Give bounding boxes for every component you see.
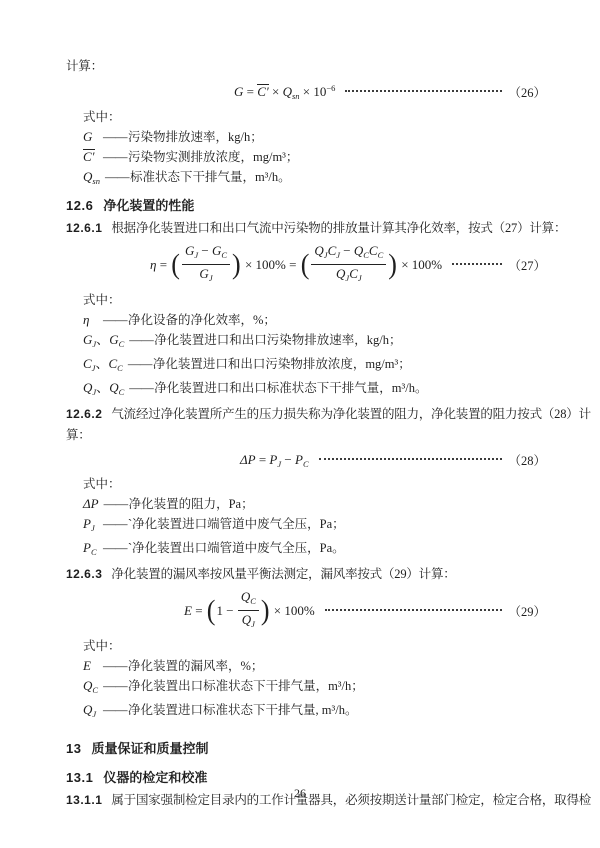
where-label: 式中：	[83, 636, 546, 656]
math-token: C′	[83, 149, 95, 163]
math-token: P	[295, 452, 303, 467]
term-dash: ——	[103, 313, 127, 327]
section-title: 质量保证和质量控制	[91, 741, 208, 756]
clause-12-6-2: 12.6.2气流经过净化装置所产生的压力损失称为净化装置的阻力，净化装置的阻力按…	[66, 404, 546, 446]
close-paren: )	[388, 250, 397, 278]
clause-number: 12.6.1	[66, 221, 102, 235]
term-dash: ——	[104, 497, 128, 511]
math-token: 、	[96, 380, 109, 395]
paragraph-calc: 计算：	[66, 56, 546, 77]
term-definition: PC——ˋ净化装置出口端管道中废气全压，Pa。	[83, 538, 546, 562]
term-description: ˋ净化装置出口端管道中废气全压，Pa。	[128, 541, 345, 555]
term-symbol: PJ	[83, 514, 98, 538]
math-token: × 100% =	[242, 257, 300, 272]
math-token: C	[369, 243, 378, 258]
document-page: 计算： G = C′ × Qsn × 10−6 （26） 式中： G——污染物排…	[0, 0, 600, 848]
math-token: Q	[241, 589, 250, 604]
math-token: C	[349, 266, 358, 281]
term-description: 净化装置出口标准状态下干排气量，m³/h；	[128, 679, 364, 693]
term-description: ˋ净化装置进口端管道中废气全压，Pa；	[128, 517, 345, 531]
clause-number: 12.6.3	[66, 567, 102, 581]
math-token: −6	[326, 83, 335, 93]
math-token: sn	[92, 176, 100, 186]
math-token: 、	[95, 356, 108, 371]
section-heading-13-1: 13.1仪器的检定和校准	[66, 767, 546, 788]
formula-29-tail: × 100%	[271, 603, 315, 619]
open-paren: (	[207, 596, 216, 624]
section-title: 仪器的检定和校准	[103, 770, 207, 785]
math-token: G	[185, 243, 194, 258]
math-token: C	[117, 363, 123, 373]
close-paren: )	[261, 596, 270, 624]
term-description: 净化装置的阻力，Pa；	[129, 497, 254, 511]
term-definition: C′——污染物实测排放浓度，mg/m³；	[83, 147, 546, 167]
formula-29-inner: 1 −	[216, 603, 236, 619]
formula-27: η = ( GJ − GC GJ ) × 100% = ( QJCJ − QCC…	[66, 243, 546, 286]
term-description: 标准状态下干排气量，m³/h。	[130, 170, 291, 184]
formula-26-number: （26）	[508, 83, 546, 101]
paragraph-calc-text: 计算：	[66, 59, 103, 73]
clause-number: 12.6.2	[66, 407, 102, 421]
math-token: × 100%	[271, 603, 315, 618]
clause-12-6-1: 12.6.1根据净化装置进口和出口气流中污染物的排放量计算其净化效率，按式（27…	[66, 218, 546, 239]
math-token: =	[156, 257, 170, 272]
math-token: =	[256, 452, 270, 467]
section-number: 13	[66, 741, 81, 756]
term-symbol: G	[83, 127, 98, 147]
math-token: =	[192, 603, 206, 618]
term-dash: ——	[129, 333, 153, 347]
dot-leader	[452, 263, 502, 267]
math-token: E	[184, 603, 192, 618]
term-dash: ——	[103, 703, 127, 717]
formula-27-lhs: η =	[150, 257, 170, 273]
math-token: Q	[314, 243, 323, 258]
where-label: 式中：	[83, 107, 546, 127]
math-token: −	[198, 243, 212, 258]
clause-12-6-3: 12.6.3净化装置的漏风率按风量平衡法测定，漏风率按式（29）计算：	[66, 564, 546, 585]
fraction-numerator: GJ − GC	[182, 243, 230, 265]
term-dash: ——	[103, 130, 127, 144]
term-description: 净化装置进口和出口污染物排放速率，kg/h；	[154, 333, 401, 347]
term-description: 净化装置进口和出口污染物排放浓度，mg/m³；	[153, 357, 411, 371]
formula-26-expression: G = C′ × Qsn × 10−6	[234, 83, 335, 101]
term-dash: ——	[103, 541, 127, 555]
math-token: × 100%	[398, 257, 442, 272]
math-token: P	[83, 540, 91, 555]
term-definition: PJ——ˋ净化装置进口端管道中废气全压，Pa；	[83, 514, 546, 538]
term-definition: QC——净化装置出口标准状态下干排气量，m³/h；	[83, 676, 546, 700]
fraction-denominator: GJ	[199, 265, 212, 286]
math-token: G	[234, 84, 243, 99]
term-symbol: QC	[83, 676, 98, 700]
math-token: C	[250, 596, 256, 606]
math-token: G	[83, 129, 92, 144]
clause-text: 净化装置的漏风率按风量平衡法测定，漏风率按式（29）计算：	[111, 567, 455, 581]
term-definition: η——净化设备的净化效率，%；	[83, 310, 546, 330]
formula-29-number: （29）	[508, 602, 546, 620]
math-token: × 10	[300, 84, 327, 99]
math-token: sn	[292, 91, 300, 101]
section-title: 净化装置的性能	[103, 198, 194, 213]
term-definition: GJ、GC——净化装置进口和出口污染物排放速率，kg/h；	[83, 330, 546, 354]
close-paren: )	[232, 250, 241, 278]
term-definition: G——污染物排放速率，kg/h；	[83, 127, 546, 147]
math-token: 1 −	[216, 603, 236, 618]
term-definition: E——净化装置的漏风率，%；	[83, 656, 546, 676]
math-token: J	[209, 273, 213, 283]
section-heading-13: 13质量保证和质量控制	[66, 738, 546, 759]
math-token: J	[92, 709, 96, 719]
term-description: 净化装置进口标准状态下干排气量, m³/h。	[128, 703, 357, 717]
dot-leader	[345, 90, 502, 94]
fraction-denominator: QJ	[242, 611, 255, 632]
term-description: 污染物实测排放浓度，mg/m³；	[128, 150, 298, 164]
term-symbol: E	[83, 656, 98, 676]
dot-leader	[319, 458, 503, 462]
formula-28-number: （28）	[508, 451, 546, 469]
term-dash: ——	[103, 517, 127, 531]
math-token: Q	[242, 612, 251, 627]
math-token: G	[199, 266, 208, 281]
math-token: =	[243, 84, 257, 99]
term-symbol: Qsn	[83, 167, 100, 191]
formula-27-tail: × 100%	[398, 257, 442, 273]
formula-27-number: （27）	[508, 256, 546, 274]
math-token: η	[83, 312, 89, 327]
math-token: ×	[269, 84, 283, 99]
math-token: ΔP	[83, 496, 99, 511]
math-token: C	[92, 685, 98, 695]
math-token: P	[83, 516, 91, 531]
term-description: 污染物排放速率，kg/h；	[128, 130, 263, 144]
clause-text: 气流经过净化装置所产生的压力损失称为净化装置的阻力，净化装置的阻力按式（28）计	[111, 407, 591, 421]
page-number: 26	[0, 786, 600, 801]
term-definition: QJ——净化装置进口标准状态下干排气量, m³/h。	[83, 700, 546, 724]
term-definition: CJ、CC——净化装置进口和出口污染物排放浓度，mg/m³；	[83, 354, 546, 378]
math-token: C	[119, 387, 125, 397]
formula-29-lhs: E =	[184, 603, 206, 619]
math-token: C	[328, 243, 337, 258]
math-token: 、	[96, 332, 109, 347]
term-dash: ——	[103, 679, 127, 693]
term-symbol: QJ	[83, 700, 98, 724]
math-token: J	[358, 273, 362, 283]
where-label: 式中：	[83, 474, 546, 494]
fraction-denominator: QJCJ	[336, 265, 362, 286]
math-token: C	[91, 547, 97, 557]
section-number: 13.1	[66, 770, 93, 785]
term-dash: ——	[105, 170, 129, 184]
term-dash: ——	[128, 357, 152, 371]
term-symbol: GJ、GC	[83, 330, 124, 354]
fraction: QJCJ − QCCC QJCJ	[311, 243, 386, 286]
term-symbol: C′	[83, 147, 98, 167]
term-symbol: PC	[83, 538, 98, 562]
math-token: J	[251, 619, 255, 629]
formula-29: E = ( 1 − QC QJ ) × 100% （29）	[66, 589, 546, 632]
math-token: Q	[83, 169, 92, 184]
math-token: Q	[283, 84, 292, 99]
open-paren: (	[301, 250, 310, 278]
term-definition: Qsn——标准状态下干排气量，m³/h。	[83, 167, 546, 191]
fraction: QC QJ	[238, 589, 259, 632]
math-token: J	[91, 523, 95, 533]
term-description: 净化装置的漏风率，%；	[128, 659, 263, 673]
where-label: 式中：	[83, 290, 546, 310]
term-dash: ——	[103, 659, 127, 673]
math-token: −	[340, 243, 354, 258]
math-token: Q	[83, 380, 92, 395]
term-symbol: ΔP	[83, 494, 99, 514]
math-token: C	[378, 250, 384, 260]
math-token: C	[119, 339, 125, 349]
math-token: G	[83, 332, 92, 347]
math-token: Q	[83, 702, 92, 717]
math-token: C	[303, 459, 309, 469]
math-token: ΔP	[240, 452, 256, 467]
math-token: G	[212, 243, 221, 258]
section-heading-12-6: 12.6净化装置的性能	[66, 195, 546, 216]
fraction-numerator: QC	[238, 589, 259, 611]
math-token: −	[281, 452, 295, 467]
math-token: C	[108, 356, 117, 371]
math-token: Q	[109, 380, 118, 395]
formula-26: G = C′ × Qsn × 10−6 （26）	[66, 83, 546, 101]
fraction-numerator: QJCJ − QCCC	[311, 243, 386, 265]
term-definition: QJ、QC——净化装置进口和出口标准状态下干排气量，m³/h。	[83, 378, 546, 402]
term-description: 净化装置进口和出口标准状态下干排气量，m³/h。	[154, 381, 427, 395]
formula-28-expression: ΔP = PJ − PC	[240, 452, 309, 469]
formula-27-mid: × 100% =	[242, 257, 300, 273]
dot-leader	[325, 609, 503, 613]
math-token: C′	[257, 84, 269, 98]
term-symbol: QJ、QC	[83, 378, 124, 402]
math-token: G	[109, 332, 118, 347]
clause-text: 根据净化装置进口和出口气流中污染物的排放量计算其净化效率，按式（27）计算：	[111, 221, 566, 235]
term-dash: ——	[129, 381, 153, 395]
term-dash: ——	[103, 150, 127, 164]
math-token: Q	[83, 678, 92, 693]
clause-text: 算：	[66, 428, 91, 442]
math-token: C	[221, 250, 227, 260]
math-token: Q	[336, 266, 345, 281]
section-number: 12.6	[66, 198, 93, 213]
term-symbol: CJ、CC	[83, 354, 123, 378]
term-definition: ΔP——净化装置的阻力，Pa；	[83, 494, 546, 514]
formula-28: ΔP = PJ − PC （28）	[66, 451, 546, 469]
term-description: 净化设备的净化效率，%；	[128, 313, 276, 327]
open-paren: (	[171, 250, 180, 278]
math-token: Q	[354, 243, 363, 258]
fraction: GJ − GC GJ	[182, 243, 230, 286]
term-symbol: η	[83, 310, 98, 330]
math-token: E	[83, 658, 91, 673]
math-token: C	[83, 356, 92, 371]
